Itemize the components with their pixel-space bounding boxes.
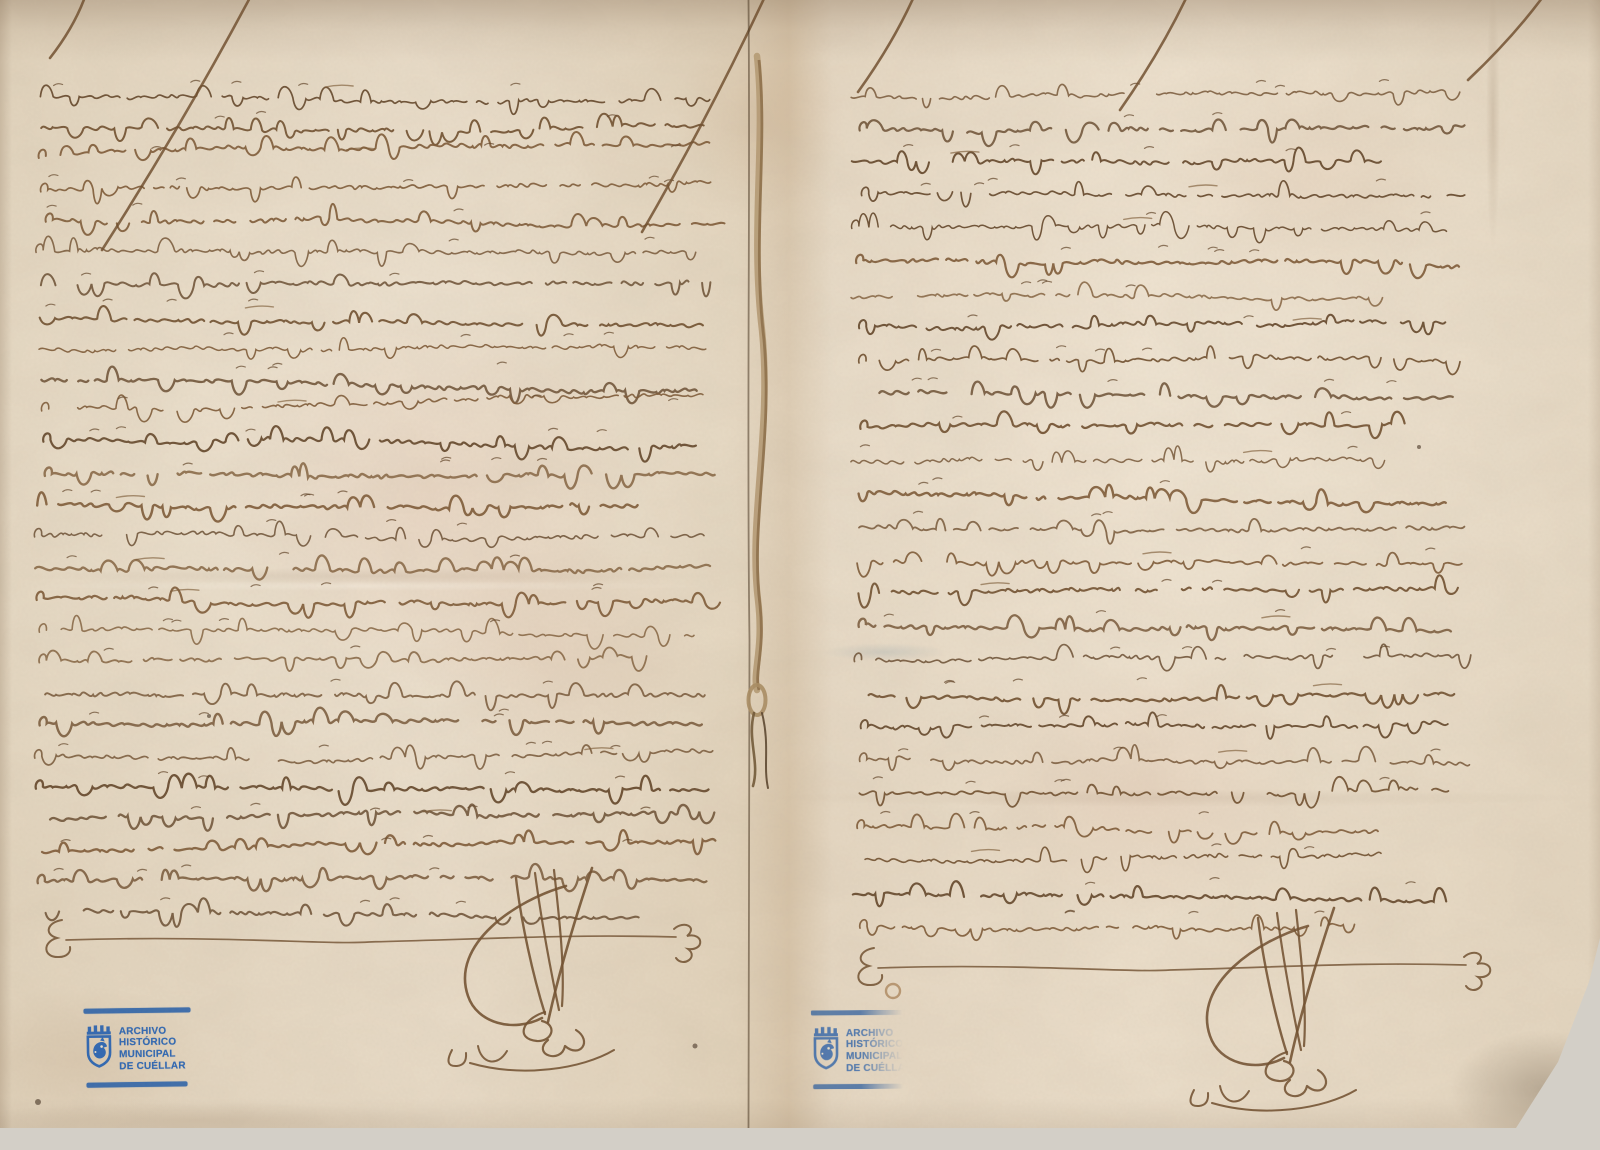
scanner-backdrop: { "document_type": "two-page handwritten… [0, 0, 1600, 1128]
handwriting-layer [0, 0, 1600, 1128]
paper-fiber-texture [0, 0, 1600, 1128]
manuscript-scan: ARCHIVO HISTÓRICO MUNICIPAL DE CUÉLLAR A… [0, 0, 1600, 1128]
